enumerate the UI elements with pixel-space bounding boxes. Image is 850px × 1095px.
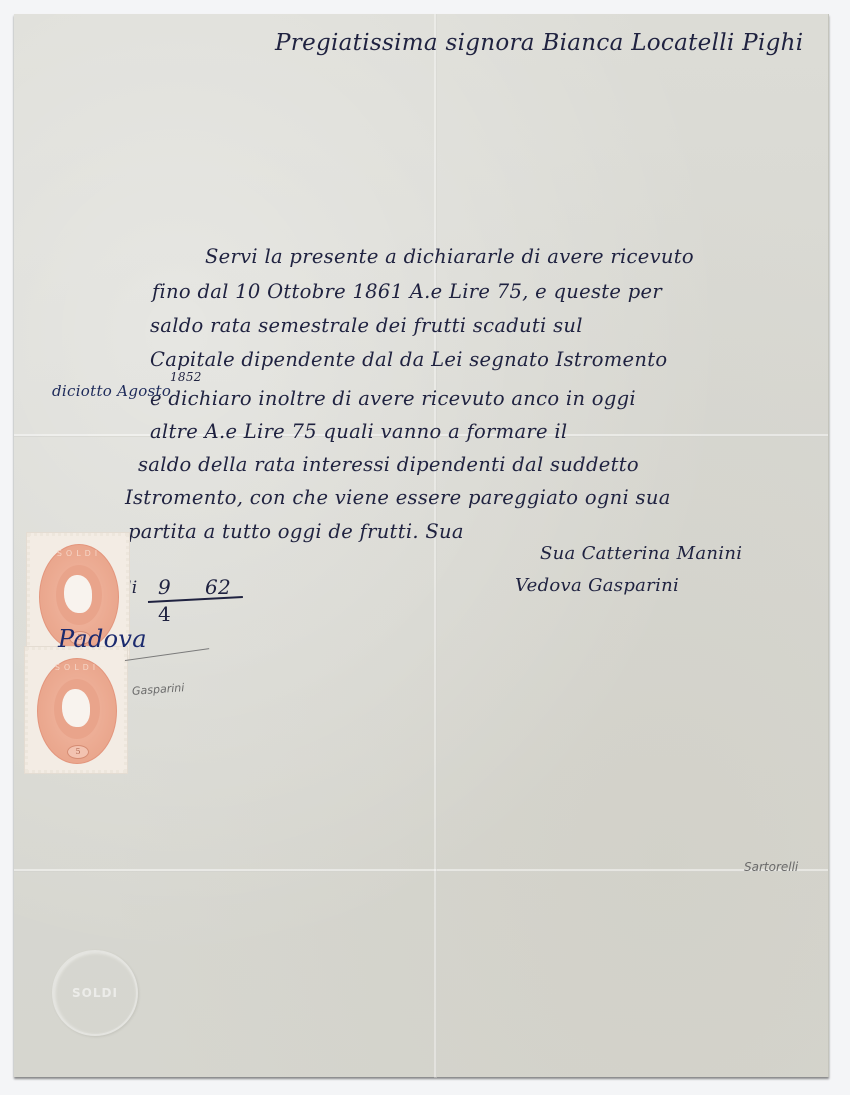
body-line: e dichiaro inoltre di avere ricevuto anc… bbox=[150, 387, 636, 410]
stamp-label: SOLDI bbox=[40, 549, 118, 558]
pencil-note: Sartorelli bbox=[744, 860, 798, 874]
body-line: saldo rata semestrale dei frutti scaduti… bbox=[150, 314, 583, 337]
date-day: 9 bbox=[158, 575, 171, 599]
salutation: Pregiatissima signora Bianca Locatelli P… bbox=[275, 30, 803, 56]
body-line: altre A.e Lire 75 quali vanno a formare … bbox=[150, 420, 567, 443]
fold-line bbox=[434, 14, 437, 1078]
body-line: fino dal 10 Ottobre 1861 A.e Lire 75, e … bbox=[152, 280, 662, 303]
fold-line bbox=[14, 869, 828, 872]
emperor-portrait-icon bbox=[62, 689, 90, 727]
body-line: saldo della rata interessi dipendenti da… bbox=[138, 453, 639, 476]
body-line: Capitale dipendente dal da Lei segnato I… bbox=[150, 348, 667, 371]
date-month: 4 bbox=[158, 602, 171, 626]
margin-note: diciotto Agosto bbox=[52, 382, 171, 400]
stamp-value: 5 bbox=[67, 745, 89, 759]
margin-year: 1852 bbox=[170, 370, 202, 384]
date-year: 62 bbox=[205, 575, 231, 599]
body-line: Istromento, con che viene essere pareggi… bbox=[125, 486, 671, 509]
signature-line: Vedova Gasparini bbox=[515, 575, 679, 596]
embossed-seal: SOLDI bbox=[52, 950, 138, 1036]
body-line: partita a tutto oggi de frutti. Sua bbox=[128, 520, 464, 543]
emperor-portrait-icon bbox=[64, 575, 92, 613]
place-name: Padova bbox=[58, 625, 147, 653]
signature-line: Sua Catterina Manini bbox=[540, 543, 742, 564]
body-line: Servi la presente a dichiararle di avere… bbox=[205, 245, 694, 268]
postage-stamp: SOLDI 5 bbox=[25, 647, 127, 773]
stamp-label: SOLDI bbox=[38, 663, 116, 672]
